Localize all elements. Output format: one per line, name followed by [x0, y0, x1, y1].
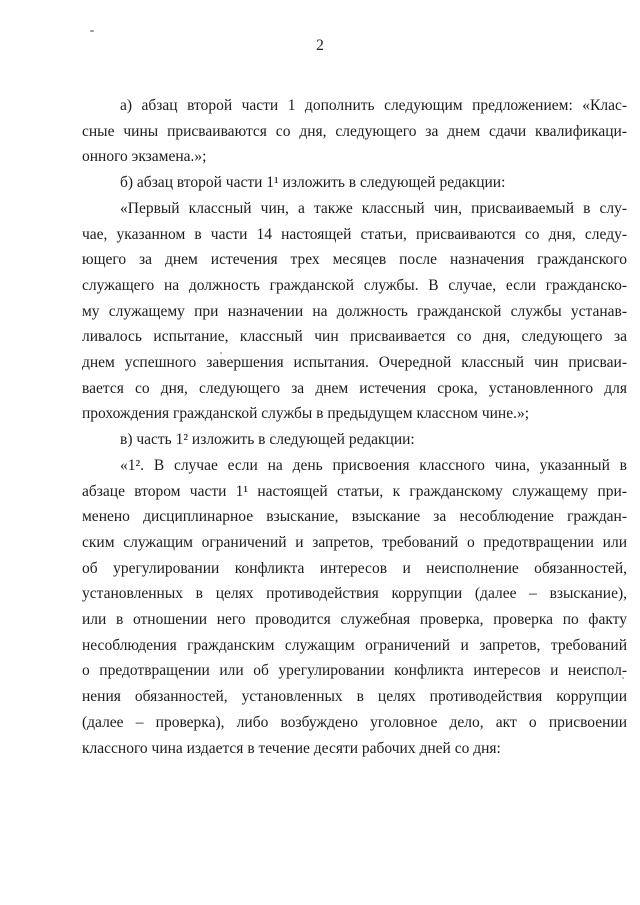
text-line: или в отношении него проводится служебна…	[82, 607, 627, 633]
scan-artifact-speck	[622, 677, 624, 679]
text-line: в) часть 1² изложить в следующей редакци…	[82, 427, 627, 453]
text-line: му служащему при назначении на должность…	[82, 299, 627, 325]
text-line: ливалось испытание, классный чин присваи…	[82, 324, 627, 350]
text-line: ским служащим ограничений и запретов, тр…	[82, 530, 627, 556]
scan-artifact-speck	[90, 30, 94, 32]
scan-artifact-speck	[220, 352, 222, 354]
text-line: менено дисциплинарное взыскание, взыскан…	[82, 504, 627, 530]
text-line: служащего на должность гражданской служб…	[82, 273, 627, 299]
text-line: сные чины присваиваются со дня, следующе…	[82, 119, 627, 145]
text-line: «Первый классный чин, а также классный ч…	[82, 196, 627, 222]
document-text-block: а) абзац второй части 1 дополнить следую…	[82, 93, 627, 761]
text-line: чае, указанном в части 14 настоящей стат…	[82, 222, 627, 248]
text-line: (далее – проверка), либо возбуждено угол…	[82, 710, 627, 736]
text-line: ющего за днем истечения трех месяцев пос…	[82, 247, 627, 273]
text-line: прохождения гражданской службы в предыду…	[82, 401, 627, 427]
page-number: 2	[0, 36, 640, 56]
text-line: вается со дня, следующего за днем истече…	[82, 376, 627, 402]
text-line: об урегулировании конфликта интересов и …	[82, 556, 627, 582]
text-line: б) абзац второй части 1¹ изложить в след…	[82, 170, 627, 196]
text-line: о предотвращении или об урегулировании к…	[82, 658, 627, 684]
text-line: днем успешного завершения испытания. Оче…	[82, 350, 627, 376]
text-line: абзаце втором части 1¹ настоящей статьи,…	[82, 479, 627, 505]
text-line: классного чина издается в течение десяти…	[82, 736, 627, 762]
text-line: несоблюдения гражданским служащим ограни…	[82, 633, 627, 659]
text-line: установленных в целях противодействия ко…	[82, 581, 627, 607]
text-line: нения обязанностей, установленных в целя…	[82, 684, 627, 710]
text-line: онного экзамена.»;	[82, 144, 627, 170]
text-line: «1². В случае если на день присвоения кл…	[82, 453, 627, 479]
text-line: а) абзац второй части 1 дополнить следую…	[82, 93, 627, 119]
document-page: { "page": { "number": "2", "background_c…	[0, 0, 640, 905]
